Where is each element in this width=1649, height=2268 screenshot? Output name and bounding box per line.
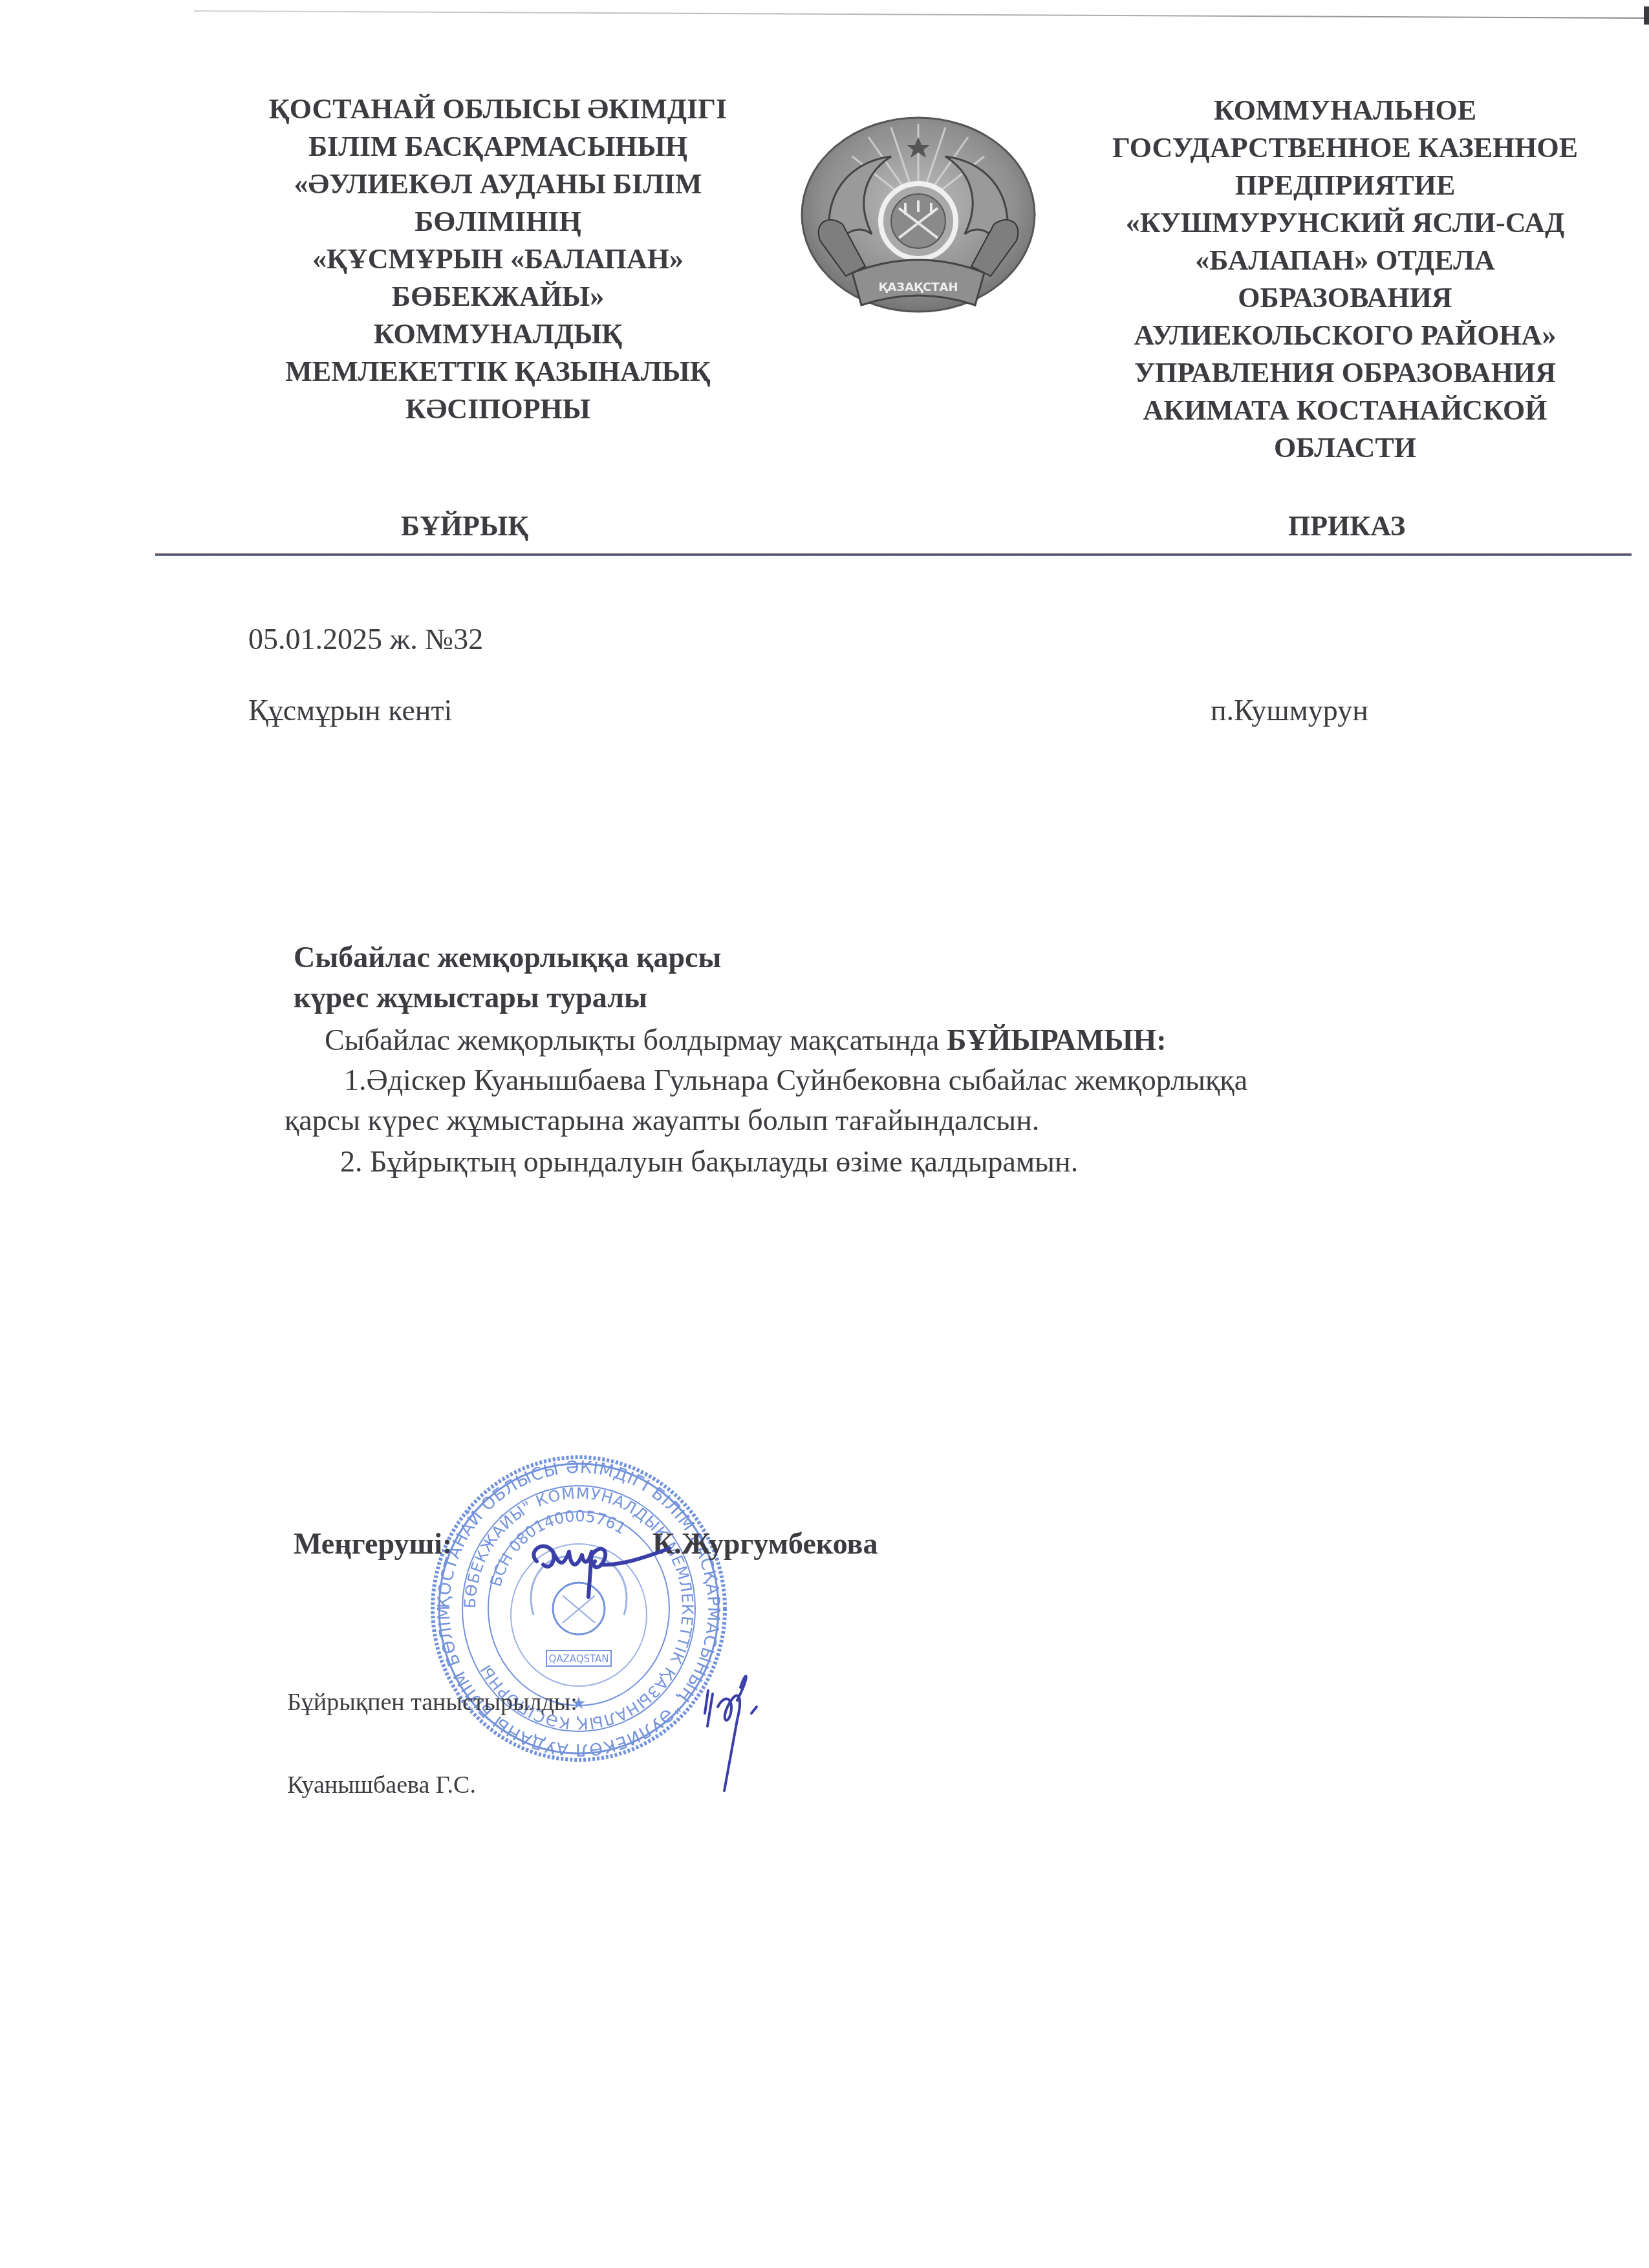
place-ru: п.Кушмурун	[1211, 693, 1368, 728]
header-divider	[155, 553, 1632, 556]
header-line: БӨЛІМІНІҢ	[220, 203, 776, 241]
header-line: ОБРАЗОВАНИЯ	[1061, 279, 1630, 317]
emblem-caption: ҚАЗАҚСТАН	[878, 281, 958, 294]
order-item-1-line-2: қарсы күрес жұмыстарына жауапты болып та…	[285, 1100, 1552, 1140]
header-organization-ru: КОММУНАЛЬНОЕ ГОСУДАРСТВЕННОЕ КАЗЕННОЕ ПР…	[1061, 92, 1630, 467]
header-line: КОММУНАЛЬНОЕ	[1061, 92, 1630, 129]
header-line: МЕМЛЕКЕТТІК ҚАЗЫНАЛЫҚ	[220, 353, 776, 390]
order-title: Сыбайлас жемқорлыққа қарсы күрес жұмыста…	[294, 937, 721, 1018]
header-line: БІЛІМ БАСҚАРМАСЫНЫҢ	[220, 128, 776, 166]
header-line: КОММУНАЛДЫҚ	[220, 316, 776, 353]
stamp-center-caption: QAZAQSTAN	[548, 1653, 609, 1665]
signoff-name: К.Жургумбекова	[652, 1526, 878, 1562]
header-organization-kz: ҚОСТАНАЙ ОБЛЫСЫ ӘКІМДІГІ БІЛІМ БАСҚАРМАС…	[220, 91, 776, 428]
header-line: ОБЛАСТИ	[1061, 429, 1630, 467]
acknowledgement-signature-icon	[698, 1668, 795, 1797]
order-item-2: 2. Бұйрықтың орындалуын бақылауды өзіме …	[285, 1142, 1608, 1182]
place-kz: Құсмұрын кенті	[248, 693, 452, 728]
official-round-stamp-icon: ҚОСТАНАЙ ОБЛЫСЫ ӘКІМДІГІ БІЛІМ БАСҚАРМАС…	[427, 1453, 731, 1764]
header-line: УПРАВЛЕНИЯ ОБРАЗОВАНИЯ	[1061, 354, 1630, 392]
header-line: «ӘУЛИЕКӨЛ АУДАНЫ БІЛІМ	[220, 166, 776, 203]
acknowledgement-label: Бұйрықпен таныстырылды:	[287, 1687, 577, 1717]
order-directive: БҰЙЫРАМЫН:	[947, 1023, 1167, 1056]
order-item-1-line-1: 1.Әдіскер Куанышбаева Гульнара Суйнбеков…	[285, 1060, 1611, 1100]
order-title-line: Сыбайлас жемқорлыққа қарсы	[294, 937, 721, 978]
director-signature-icon	[524, 1526, 673, 1603]
header-line: ГОСУДАРСТВЕННОЕ КАЗЕННОЕ	[1061, 129, 1630, 167]
header-line: ПРЕДПРИЯТИЕ	[1061, 167, 1630, 204]
signoff: Меңгеруші: К.Жургумбекова	[294, 1526, 452, 1562]
order-intro: Сыбайлас жемқорлықты болдырмау мақсатынд…	[285, 1020, 1592, 1060]
order-title-line: күрес жұмыстары туралы	[294, 978, 721, 1018]
order-date-number: 05.01.2025 ж. №32	[248, 622, 483, 657]
scan-top-edge	[194, 10, 1649, 19]
header-line: АКИМАТА КОСТАНАЙСКОЙ	[1061, 392, 1630, 429]
header-line: ҚОСТАНАЙ ОБЛЫСЫ ӘКІМДІГІ	[220, 91, 776, 128]
kazakhstan-state-emblem-icon: ҚАЗАҚСТАН	[794, 111, 1042, 317]
header-line: «КУШМУРУНСКИЙ ЯСЛИ-САД	[1061, 204, 1630, 242]
scan-corner-mark	[1644, 6, 1649, 25]
header-line: БӨБЕКЖАЙЫ»	[220, 278, 776, 316]
acknowledgement-name: Куанышбаева Г.С.	[287, 1770, 476, 1800]
header-line: «ҚҰСМҰРЫН «БАЛАПАН»	[220, 241, 776, 278]
header-line: КӘСІПОРНЫ	[220, 390, 776, 428]
signoff-role: Меңгеруші:	[294, 1526, 452, 1562]
doc-type-kz: БҰЙРЫҚ	[401, 509, 528, 543]
doc-type-ru: ПРИКАЗ	[1288, 509, 1405, 543]
header-line: «БАЛАПАН» ОТДЕЛА	[1061, 242, 1630, 279]
header-line: АУЛИЕКОЛЬСКОГО РАЙОНА»	[1061, 317, 1630, 354]
order-intro-text: Сыбайлас жемқорлықты болдырмау мақсатынд…	[325, 1023, 947, 1056]
